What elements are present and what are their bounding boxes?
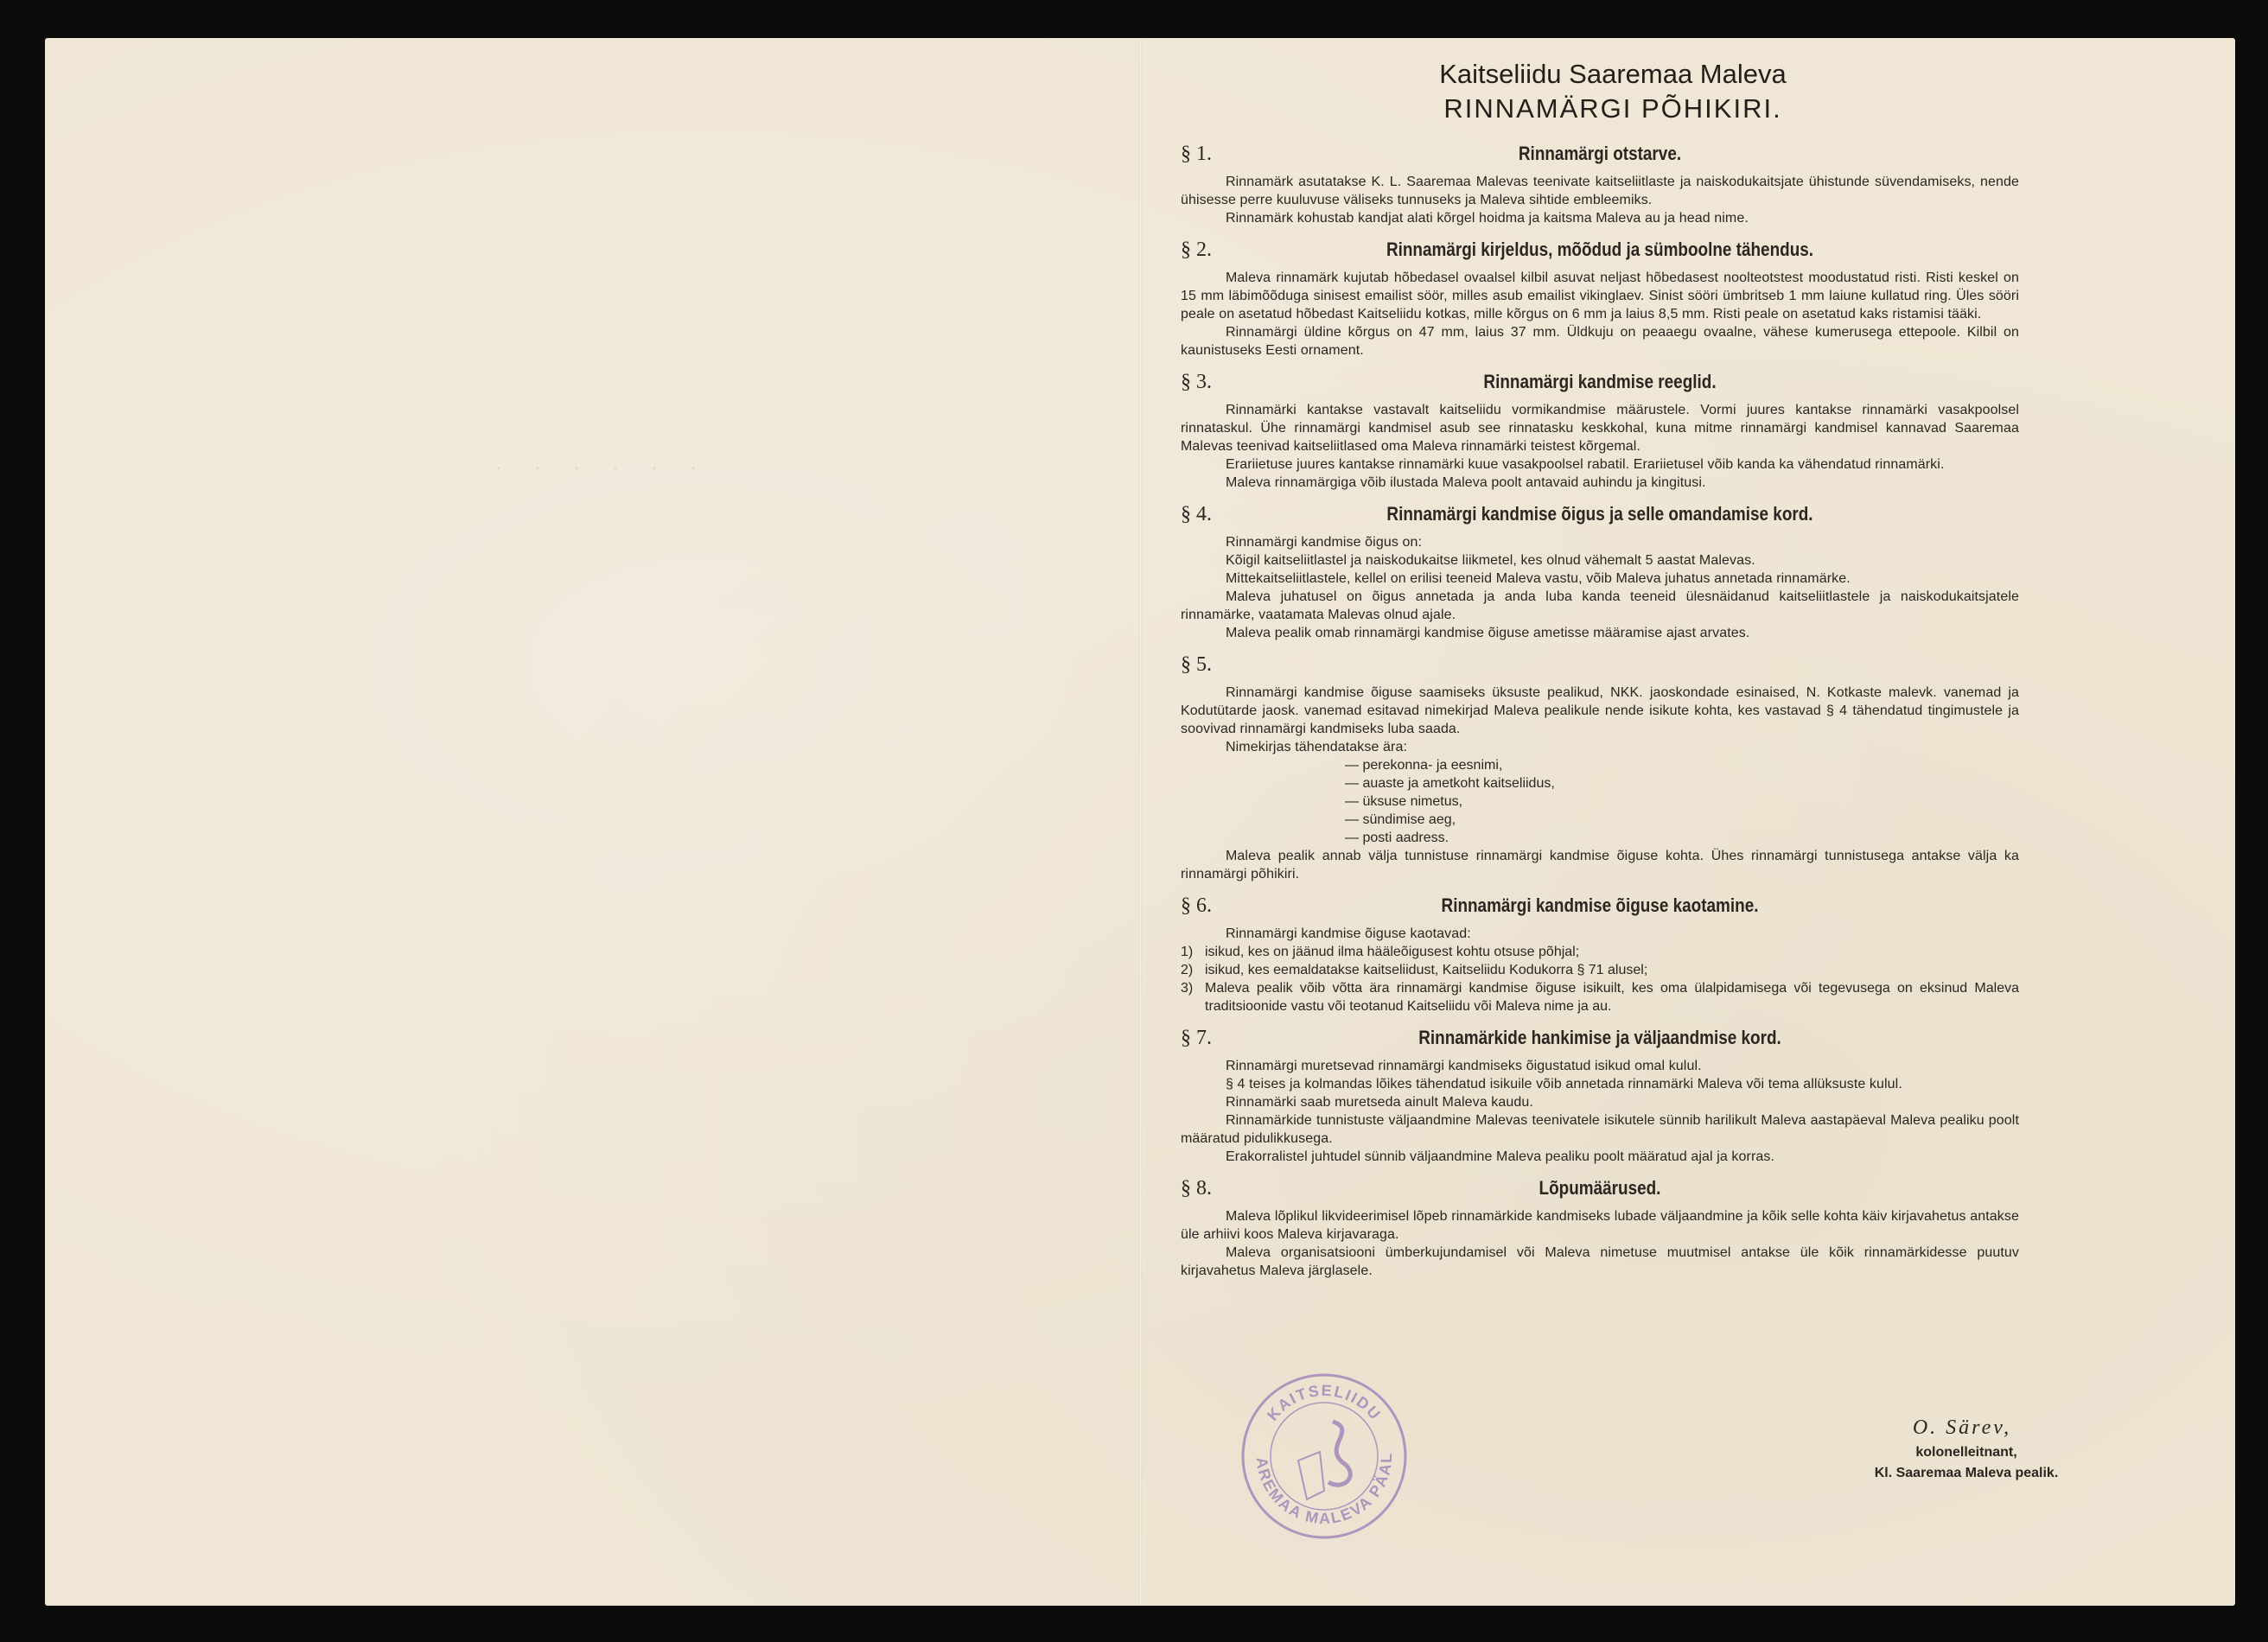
section-title: [1239, 651, 1960, 678]
section-number: § 2.: [1181, 236, 1212, 264]
embossed-ghost-mark: · · · · · ·: [494, 453, 710, 481]
section-body: Rinnamärk asutatakse K. L. Saaremaa Male…: [1181, 173, 2019, 227]
section-6: § 6.Rinnamärgi kandmise õiguse kaotamine…: [1181, 892, 2019, 1015]
list-item: auaste ja ametkoht kaitseliidus,: [1345, 774, 2019, 792]
section-number: § 3.: [1181, 368, 1212, 396]
paragraph: Maleva rinnamärgiga võib ilustada Maleva…: [1181, 474, 2019, 492]
signatory-rank: kolonelleitnant,: [1841, 1442, 2092, 1463]
paragraph: Rinnamärgi üldine kõrgus on 47 mm, laius…: [1181, 323, 2019, 360]
page-fold: [1139, 38, 1142, 1606]
paragraph: Maleva pealik annab välja tunnistuse rin…: [1181, 847, 2019, 883]
doc-title: RINNAMÄRGI PÕHIKIRI.: [1207, 92, 2019, 126]
section-7: § 7.Rinnamärkide hankimise ja väljaandmi…: [1181, 1024, 2019, 1166]
section-number: § 6.: [1181, 892, 1212, 920]
section-3: § 3.Rinnamärgi kandmise reeglid.Rinnamär…: [1181, 368, 2019, 492]
paragraph: Erakorralistel juhtudel sünnib väljaandm…: [1181, 1148, 2019, 1166]
section-title: Rinnamärgi kandmise reeglid.: [1239, 368, 1960, 396]
dash-list: perekonna- ja eesnimi,auaste ja ametkoht…: [1345, 756, 2019, 847]
section-number: § 5.: [1181, 651, 1212, 678]
section-heading: § 7.Rinnamärkide hankimise ja väljaandmi…: [1181, 1024, 2019, 1052]
paragraph: Rinnamärk asutatakse K. L. Saaremaa Male…: [1181, 173, 2019, 209]
section-4: § 4.Rinnamärgi kandmise õigus ja selle o…: [1181, 500, 2019, 642]
paragraph: Rinnamärki kantakse vastavalt kaitseliid…: [1181, 401, 2019, 455]
section-title: Rinnamärgi kandmise õigus ja selle omand…: [1239, 500, 1960, 528]
section-body: Maleva rinnamärk kujutab hõbedasel ovaal…: [1181, 269, 2019, 360]
section-number: § 8.: [1181, 1174, 1212, 1202]
section-body: Maleva lõplikul likvideerimisel lõpeb ri…: [1181, 1207, 2019, 1280]
section-heading: § 8.Lõpumäärused.: [1181, 1174, 2019, 1202]
numbered-list: 1)isikud, kes on jäänud ilma hääleõiguse…: [1181, 943, 2019, 1015]
signatory-name: O. Särev,: [1832, 1413, 2092, 1442]
paragraph: Maleva juhatusel on õigus annetada ja an…: [1181, 588, 2019, 624]
section-body: Rinnamärgi kandmise õiguse kaotavad:1)is…: [1181, 925, 2019, 1015]
paragraph: § 4 teises ja kolmandas lõikes tähendatu…: [1181, 1075, 2019, 1093]
paragraph: Erariietuse juures kantakse rinnamärki k…: [1181, 455, 2019, 474]
section-heading: § 3.Rinnamärgi kandmise reeglid.: [1181, 368, 2019, 396]
section-body: Rinnamärgi kandmise õiguse saamiseks üks…: [1181, 684, 2019, 883]
item-number: 1): [1181, 943, 1193, 961]
list-item: üksuse nimetus,: [1345, 792, 2019, 811]
paragraph: Rinnamärgi kandmise õiguse kaotavad:: [1181, 925, 2019, 943]
section-heading: § 4.Rinnamärgi kandmise õigus ja selle o…: [1181, 500, 2019, 528]
paragraph: Rinnamärgi kandmise õigus on:: [1181, 533, 2019, 551]
section-body: Rinnamärgi muretsevad rinnamärgi kandmis…: [1181, 1057, 2019, 1166]
paragraph: Maleva pealik omab rinnamärgi kandmise õ…: [1181, 624, 2019, 642]
official-stamp-icon: KAITSELIIDU SAAREMAA MALEVA PÄALIK: [1238, 1370, 1411, 1543]
paragraph: Rinnamärki saab muretseda ainult Maleva …: [1181, 1093, 2019, 1111]
list-item: sündimise aeg,: [1345, 811, 2019, 829]
section-heading: § 1.Rinnamärgi otstarve.: [1181, 140, 2019, 168]
section-heading: § 2.Rinnamärgi kirjeldus, mõõdud ja sümb…: [1181, 236, 2019, 264]
section-2: § 2.Rinnamärgi kirjeldus, mõõdud ja sümb…: [1181, 236, 2019, 360]
section-1: § 1.Rinnamärgi otstarve.Rinnamärk asutat…: [1181, 140, 2019, 227]
paragraph: Rinnamärk kohustab kandjat alati kõrgel …: [1181, 209, 2019, 227]
numbered-item: 1)isikud, kes on jäänud ilma hääleõiguse…: [1181, 943, 2019, 961]
numbered-item: 3)Maleva pealik võib võtta ära rinnamärg…: [1181, 979, 2019, 1015]
section-title: Rinnamärgi kandmise õiguse kaotamine.: [1239, 892, 1960, 920]
section-body: Rinnamärgi kandmise õigus on:Kõigil kait…: [1181, 533, 2019, 642]
signature-block: O. Särev, kolonelleitnant, Kl. Saaremaa …: [1815, 1413, 2092, 1484]
section-8: § 8.Lõpumäärused.Maleva lõplikul likvide…: [1181, 1174, 2019, 1280]
section-5: § 5. Rinnamärgi kandmise õiguse saamisek…: [1181, 651, 2019, 883]
signatory-position: Kl. Saaremaa Maleva pealik.: [1841, 1463, 2092, 1484]
section-body: Rinnamärki kantakse vastavalt kaitseliid…: [1181, 401, 2019, 492]
paragraph: Nimekirjas tähendatakse ära:: [1181, 738, 2019, 756]
section-title: Lõpumäärused.: [1239, 1174, 1960, 1202]
section-number: § 7.: [1181, 1024, 1212, 1052]
right-page-content: Kaitseliidu Saaremaa Maleva RINNAMÄRGI P…: [1181, 57, 2019, 1289]
list-item: posti aadress.: [1345, 829, 2019, 847]
section-number: § 1.: [1181, 140, 1212, 168]
sections: § 1.Rinnamärgi otstarve.Rinnamärk asutat…: [1181, 140, 2019, 1280]
list-item: perekonna- ja eesnimi,: [1345, 756, 2019, 774]
paragraph: Mittekaitseliitlastele, kellel on erilis…: [1181, 570, 2019, 588]
org-title: Kaitseliidu Saaremaa Maleva: [1207, 57, 2019, 92]
paragraph: Kõigil kaitseliitlastel ja naiskodukaits…: [1181, 551, 2019, 570]
section-title: Rinnamärgi otstarve.: [1239, 140, 1960, 168]
section-title: Rinnamärgi kirjeldus, mõõdud ja sümbooln…: [1239, 236, 1960, 264]
item-number: 2): [1181, 961, 1193, 979]
paragraph: Maleva rinnamärk kujutab hõbedasel ovaal…: [1181, 269, 2019, 323]
section-title: Rinnamärkide hankimise ja väljaandmise k…: [1239, 1024, 1960, 1052]
section-number: § 4.: [1181, 500, 1212, 528]
item-number: 3): [1181, 979, 1193, 997]
paragraph: Rinnamärkide tunnistuste väljaandmine Ma…: [1181, 1111, 2019, 1148]
paragraph: Rinnamärgi muretsevad rinnamärgi kandmis…: [1181, 1057, 2019, 1075]
paragraph: Maleva organisatsiooni ümberkujundamisel…: [1181, 1244, 2019, 1280]
section-heading: § 6.Rinnamärgi kandmise õiguse kaotamine…: [1181, 892, 2019, 920]
section-heading: § 5.: [1181, 651, 2019, 678]
paragraph: Rinnamärgi kandmise õiguse saamiseks üks…: [1181, 684, 2019, 738]
numbered-item: 2)isikud, kes eemaldatakse kaitseliidust…: [1181, 961, 2019, 979]
paragraph: Maleva lõplikul likvideerimisel lõpeb ri…: [1181, 1207, 2019, 1244]
